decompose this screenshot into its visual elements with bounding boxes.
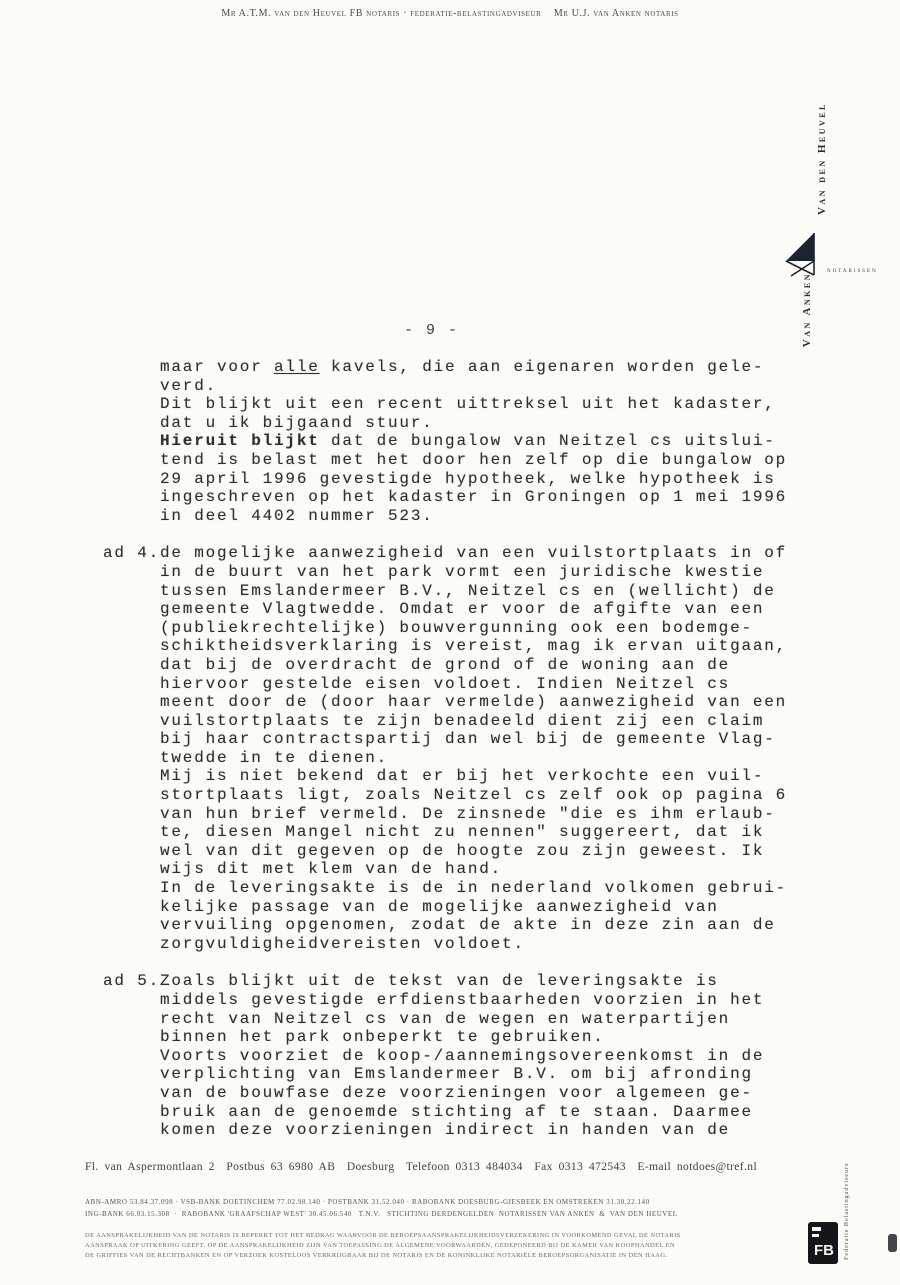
body-line: dat bij de overdracht de grond of de won… bbox=[160, 656, 823, 675]
body-line: twedde in te dienen. bbox=[160, 749, 823, 768]
body-line: verd. bbox=[160, 377, 823, 396]
body-line: komen deze voorzieningen indirect in han… bbox=[160, 1121, 823, 1140]
body-line: 29 april 1996 gevestigde hypotheek, welk… bbox=[160, 470, 823, 489]
letterhead-name-heuvel: Van den Heuvel bbox=[816, 102, 828, 215]
body-line: wijs dit met klem van de hand. bbox=[160, 860, 823, 879]
fb-stamp-logo-icon: FB bbox=[808, 1222, 838, 1269]
body-line: Dit blijkt uit een recent uittreksel uit… bbox=[160, 395, 823, 414]
body-line: van de bouwfase deze voorzieningen voor … bbox=[160, 1084, 823, 1103]
body-line: wel van dit gegeven op de hoogte zou zij… bbox=[160, 842, 823, 861]
body-line: Hieruit blijkt dat de bungalow van Neitz… bbox=[160, 432, 823, 451]
paragraph-text: de mogelijke aanwezigheid van een vuilst… bbox=[160, 544, 823, 953]
letterhead-name-anken: Van Anken bbox=[801, 272, 813, 347]
svg-text:FB: FB bbox=[814, 1242, 834, 1259]
body-paragraph: ad 4.de mogelijke aanwezigheid van een v… bbox=[103, 544, 823, 953]
body-line: schiktheidsverklaring is vereist, mag ik… bbox=[160, 637, 823, 656]
paragraph-label bbox=[103, 358, 160, 525]
body-line: zorgvuldigheidvereisten voldoet. bbox=[160, 935, 823, 954]
body-line: ingeschreven op het kadaster in Groninge… bbox=[160, 488, 823, 507]
body-line: binnen het park onbeperkt te gebruiken. bbox=[160, 1028, 823, 1047]
paragraph-label: ad 4. bbox=[103, 544, 160, 953]
body-line: vervuiling opgenomen, zodat de akte in d… bbox=[160, 916, 823, 935]
disclaimer-line: AANSPRAAK OP UITKERING GEEFT. OP DE AANS… bbox=[85, 1241, 805, 1251]
body-line: recht van Neitzel cs van de wegen en wat… bbox=[160, 1010, 823, 1029]
body-line: tussen Emslandermeer B.V., Neitzel cs en… bbox=[160, 582, 823, 601]
document-body: maar voor alle kavels, die aan eigenaren… bbox=[103, 358, 823, 1140]
footer-disclaimer: DE AANSPRAKELIJKHEID VAN DE NOTARIS IS B… bbox=[85, 1231, 805, 1261]
scanned-letter-page: Mr A.T.M. van den Heuvel FB notaris · fe… bbox=[0, 0, 900, 1285]
body-line: vuilstortplaats te zijn benadeeld dient … bbox=[160, 712, 823, 731]
body-line: In de leveringsakte is de in nederland v… bbox=[160, 879, 823, 898]
body-line: (publiekrechtelijke) bouwvergunning ook … bbox=[160, 619, 823, 638]
body-line: gemeente Vlagtwedde. Omdat er voor de af… bbox=[160, 600, 823, 619]
disclaimer-line: DE GRIFFIES VAN DE RECHTBANKEN EN OP VER… bbox=[85, 1251, 805, 1261]
letterhead-vertical: Van den Heuvel notarissen Van Anken bbox=[783, 104, 898, 394]
body-line: verplichting van Emslandermeer B.V. om b… bbox=[160, 1065, 823, 1084]
body-line: bij haar contractspartij dan wel bij de … bbox=[160, 730, 823, 749]
body-line: van hun brief vermeld. De zinsnede "die … bbox=[160, 805, 823, 824]
body-line: maar voor alle kavels, die aan eigenaren… bbox=[160, 358, 823, 377]
body-paragraph: maar voor alle kavels, die aan eigenaren… bbox=[103, 358, 823, 525]
letterhead-names-line: Mr A.T.M. van den Heuvel FB notaris · fe… bbox=[0, 8, 900, 19]
letterhead-subtitle: notarissen bbox=[827, 267, 878, 274]
body-line: de mogelijke aanwezigheid van een vuilst… bbox=[160, 544, 823, 563]
body-line: dat u ik bijgaand stuur. bbox=[160, 414, 823, 433]
body-line: tend is belast met het door hen zelf op … bbox=[160, 451, 823, 470]
paragraph-text: maar voor alle kavels, die aan eigenaren… bbox=[160, 358, 823, 525]
body-line: middels gevestigde erfdienstbaarheden vo… bbox=[160, 991, 823, 1010]
paragraph-text: Zoals blijkt uit de tekst van de leverin… bbox=[160, 972, 823, 1139]
body-line: te, diesen Mangel nicht zu nennen" sugge… bbox=[160, 823, 823, 842]
body-line: Mij is niet bekend dat er bij het verkoc… bbox=[160, 767, 823, 786]
body-line: Zoals blijkt uit de tekst van de leverin… bbox=[160, 972, 823, 991]
body-line: in de buurt van het park vormt een jurid… bbox=[160, 563, 823, 582]
body-line: bruik aan de genoemde stichting af te st… bbox=[160, 1103, 823, 1122]
body-line: kelijke passage van de mogelijke aanwezi… bbox=[160, 898, 823, 917]
disclaimer-line: DE AANSPRAKELIJKHEID VAN DE NOTARIS IS B… bbox=[85, 1231, 805, 1241]
footer-address-line: Fl. van Aspermontlaan 2 Postbus 63 6980 … bbox=[85, 1161, 805, 1173]
body-line: Voorts voorziet de koop-/aannemingsovere… bbox=[160, 1047, 823, 1066]
footer-bank-line-1: ABN-AMRO 53.84.37.098 · VSB-BANK DOETINC… bbox=[85, 1198, 805, 1206]
scan-artifact bbox=[888, 1234, 897, 1252]
body-line: in deel 4402 nummer 523. bbox=[160, 507, 823, 526]
page-number: - 9 - bbox=[404, 322, 459, 339]
paragraph-label: ad 5. bbox=[103, 972, 160, 1139]
footer-bank-line-2: ING-BANK 66.03.15.308 · RABOBANK 'GRAAFS… bbox=[85, 1210, 805, 1218]
body-line: meent door de (door haar vermelde) aanwe… bbox=[160, 693, 823, 712]
stamp-side-text: Federatie Belastingadviseurs bbox=[843, 1160, 850, 1260]
body-line: stortplaats ligt, zoals Neitzel cs zelf … bbox=[160, 786, 823, 805]
body-paragraph: ad 5.Zoals blijkt uit de tekst van de le… bbox=[103, 972, 823, 1139]
body-line: hiervoor gestelde eisen voldoet. Indien … bbox=[160, 675, 823, 694]
